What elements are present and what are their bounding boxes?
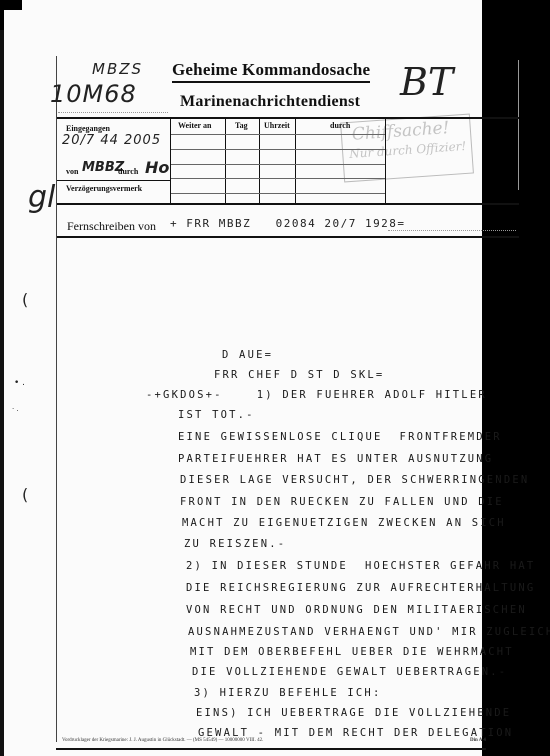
message-line: MIT DEM OBERBEFEHL UEBER DIE WEHRMACHT (190, 646, 514, 658)
message-line: ZU REISZEN.- (184, 538, 286, 550)
message-line: VON RECHT UND ORDNUNG DEN MILITAERISCHEN (186, 604, 527, 616)
teletype-rule (57, 236, 519, 238)
printer-footer: Vordrucklager der Kriegsmarine: J. J. Au… (62, 738, 263, 743)
message-line: DIE REICHSREGIERUNG ZUR AUFRECHTERHALTUN… (186, 582, 535, 594)
document-subtitle: Marinenachrichtendienst (180, 93, 360, 111)
delay-label: Verzögerungsvermerk (66, 184, 142, 193)
row-line-3 (171, 164, 385, 165)
col-divider-1 (170, 118, 171, 204)
form-border-right (518, 60, 519, 190)
by-label: durch (118, 167, 138, 176)
speck-1: • . (14, 378, 25, 388)
form-border-left (56, 56, 57, 742)
margin-note: gl (28, 180, 55, 215)
handwritten-initials: BT (400, 60, 453, 104)
form-border-bottom (56, 748, 486, 750)
message-line: MACHT ZU EIGENUETZIGEN ZWECKEN AN SICH (182, 517, 506, 529)
message-line: DIE VOLLZIEHENDE GEWALT UEBERTRAGEN.- (192, 666, 507, 678)
message-line: DIESER LAGE VERSUCHT, DER SCHWERRINGENDE… (180, 474, 529, 486)
col-divider-2 (225, 118, 226, 204)
classification-stamp: Chiffsache! Nur durch Offizier! (340, 114, 474, 183)
row-line-4 (171, 178, 385, 179)
teletype-header-value: + FRR MBBZ 02084 20/7 1928= (170, 217, 406, 230)
form-top-rule (57, 117, 519, 119)
punch-mark-1: ( (22, 290, 28, 309)
row-line-2 (171, 149, 385, 150)
col-header-time: Uhrzeit (264, 121, 290, 130)
col-header-day: Tag (235, 121, 248, 130)
teletype-label: Fernschreiben von (67, 219, 156, 234)
delay-rule (57, 180, 170, 181)
col-divider-4 (295, 118, 296, 204)
page-top-edge (22, 0, 482, 12)
message-line: 2) IN DIESER STUNDE HOECHSTER GEFAHR HAT (186, 560, 535, 572)
from-label: von (66, 167, 78, 176)
document-title: Geheime Kommandosache (172, 60, 370, 83)
row-line-1 (171, 134, 385, 135)
col-header-forward: Weiter an (178, 121, 211, 130)
message-line: FRR CHEF D ST D SKL= (214, 369, 384, 381)
message-line: PARTEIFUEHRER HAT ES UNTER AUSNUTZUNG (178, 453, 493, 465)
row-line-5 (171, 193, 385, 194)
message-line: IST TOT.- (178, 409, 255, 421)
message-line: AUSNAHMEZUSTAND VERHAENGT UND' MIR ZUGLE… (188, 626, 550, 638)
ref-dotted-line (58, 112, 168, 113)
punch-mark-2: ( (22, 485, 28, 504)
by-value: Ho (145, 158, 169, 177)
form-bottom-rule (57, 203, 519, 205)
col-divider-3 (259, 118, 260, 204)
teletype-dotted-line (388, 230, 516, 231)
speck-2: · . (12, 405, 19, 413)
col-divider-5 (385, 118, 386, 204)
message-line: EINE GEWISSENLOSE CLIQUE FRONTFREMDER (178, 431, 502, 443)
message-line: 3) HIERZU BEFEHLE ICH: (194, 687, 381, 699)
message-line: -+GKDOS+- 1) DER FUEHRER ADOLF HITLER (146, 389, 487, 401)
paper-format: Din A 4 (470, 738, 486, 743)
message-line: FRONT IN DEN RUECKEN ZU FALLEN UND DIE (180, 496, 504, 508)
message-line: D AUE= (222, 349, 273, 361)
received-label: Eingegangen (66, 124, 110, 133)
col-header-by: durch (330, 121, 350, 130)
handwritten-ref-top: MBZS (92, 60, 143, 78)
message-line: EINS) ICH UEBERTRAGE DIE VOLLZIEHENDE (196, 707, 511, 719)
handwritten-ref-number: 10M68 (50, 80, 137, 108)
received-value: 20/7 44 2005 (62, 133, 161, 148)
